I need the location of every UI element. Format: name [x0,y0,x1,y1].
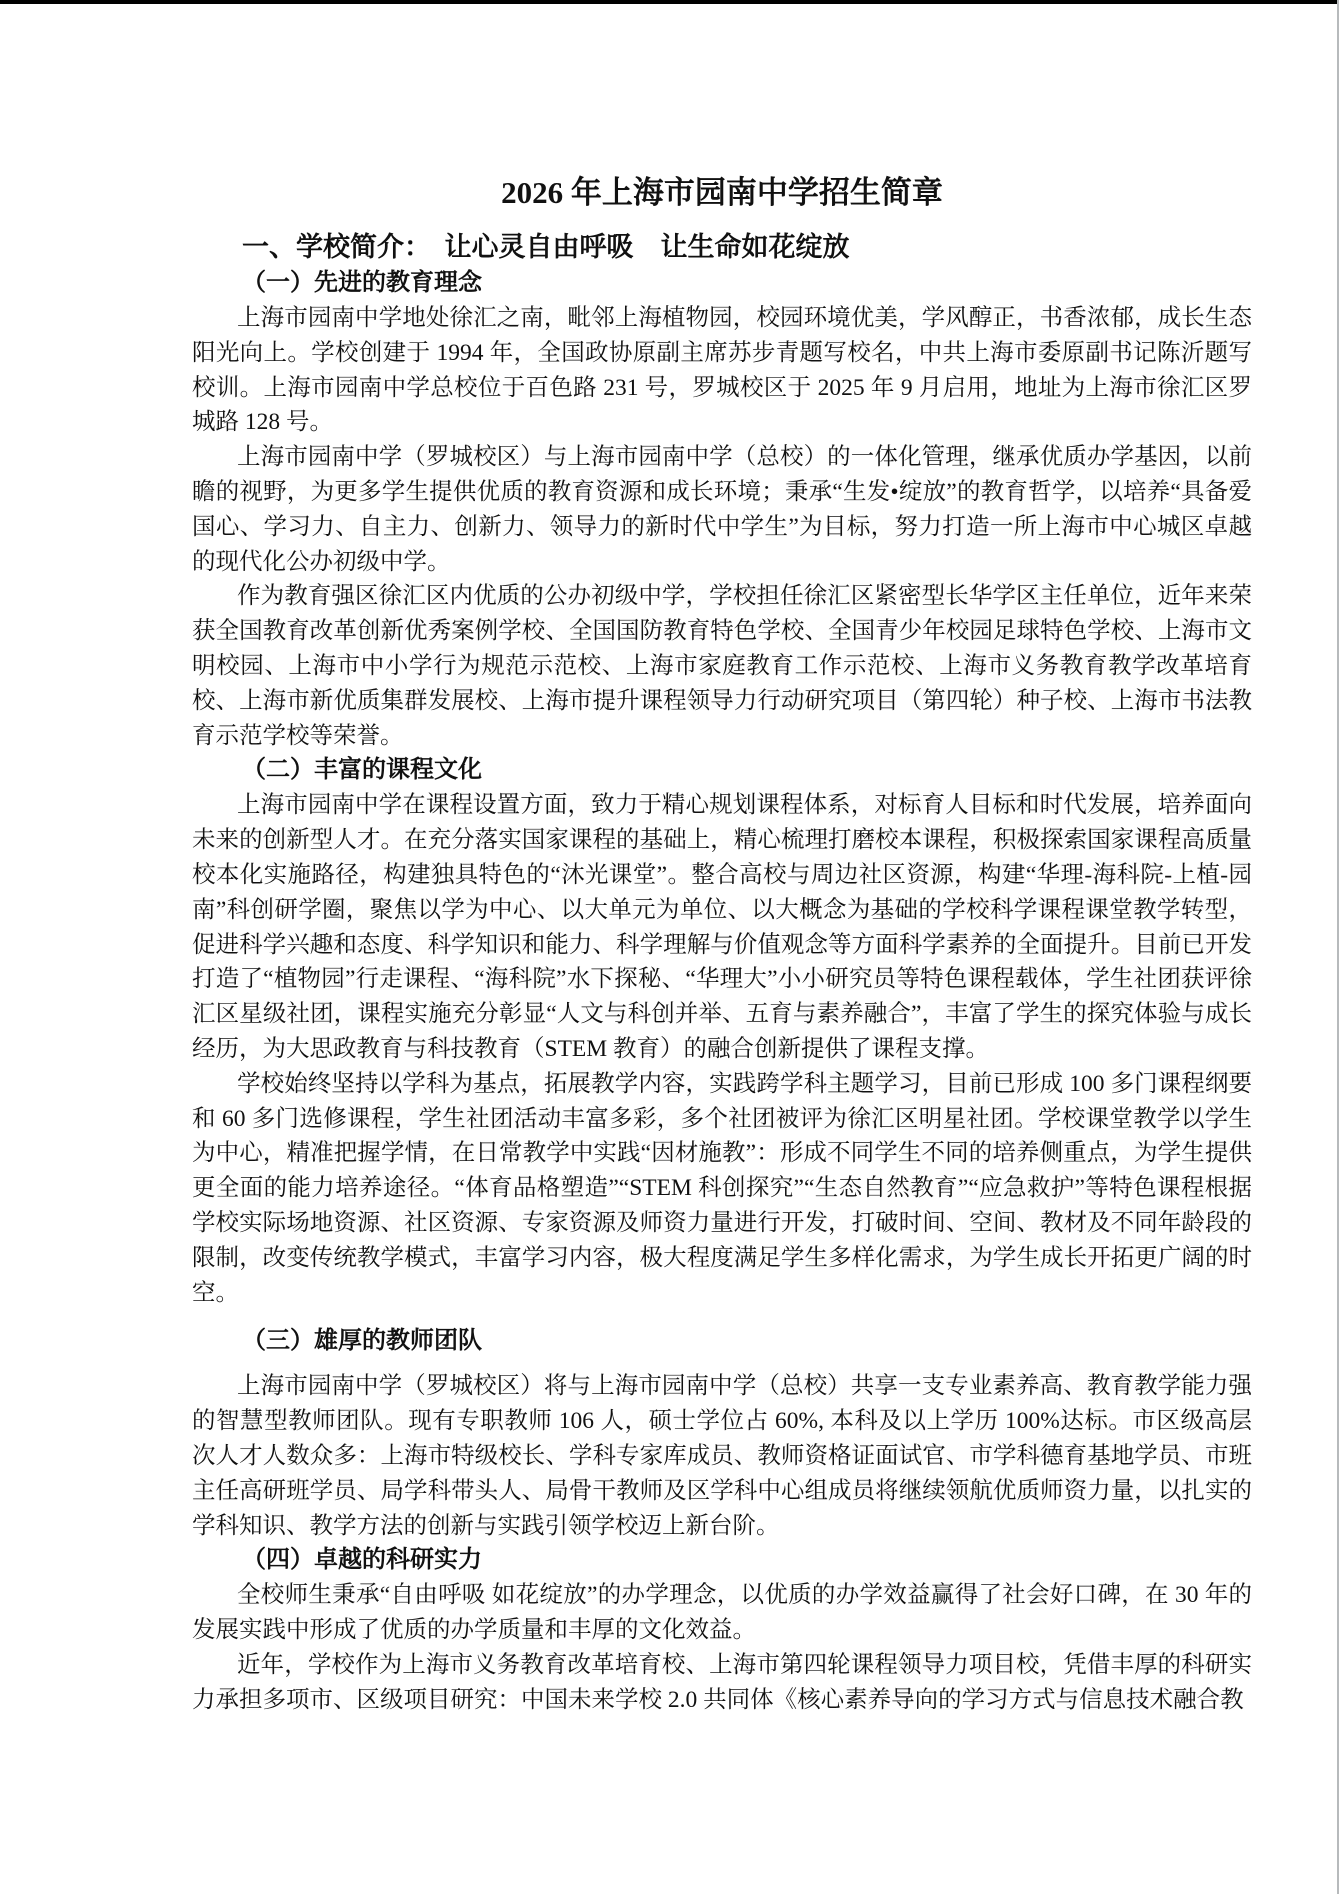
page-top-border [0,0,1339,4]
subheading-teacher-team: （三）雄厚的教师团队 [192,1324,1252,1359]
paragraph-teacher-team: 上海市园南中学（罗城校区）将与上海市园南中学（总校）共享一支专业素养高、教育教学… [192,1369,1252,1543]
document-page: 2026 年上海市园南中学招生简章 一、学校简介： 让心灵自由呼吸 让生命如花绽… [0,0,1339,1894]
paragraph-honors: 作为教育强区徐汇区内优质的公办初级中学，学校担任徐汇区紧密型长华学区主任单位，近… [192,579,1252,753]
subheading-education-philosophy: （一）先进的教育理念 [192,266,1252,301]
paragraph-research-projects: 近年，学校作为上海市义务教育改革培育校、上海市第四轮课程领导力项目校，凭借丰厚的… [192,1648,1252,1718]
document-body: 2026 年上海市园南中学招生简章 一、学校简介： 让心灵自由呼吸 让生命如花绽… [192,173,1252,1717]
document-title: 2026 年上海市园南中学招生简章 [192,173,1252,213]
subheading-research-strength: （四）卓越的科研实力 [192,1543,1252,1578]
paragraph-school-philosophy: 全校师生秉承“自由呼吸 如花绽放”的办学理念，以优质的办学效益赢得了社会好口碑，… [192,1578,1252,1648]
paragraph-course-offerings: 学校始终坚持以学科为基点，拓展教学内容，实践跨学科主题学习，目前已形成 100 … [192,1067,1252,1311]
section-heading-1: 一、学校简介： 让心灵自由呼吸 让生命如花绽放 [192,229,1252,266]
paragraph-campus-management: 上海市园南中学（罗城校区）与上海市园南中学（总校）的一体化管理，继承优质办学基因… [192,440,1252,579]
paragraph-curriculum-system: 上海市园南中学在课程设置方面，致力于精心规划课程体系，对标育人目标和时代发展，培… [192,788,1252,1066]
subheading-curriculum-culture: （二）丰富的课程文化 [192,753,1252,788]
paragraph-school-location: 上海市园南中学地处徐汇之南，毗邻上海植物园，校园环境优美，学风醇正，书香浓郁，成… [192,301,1252,440]
